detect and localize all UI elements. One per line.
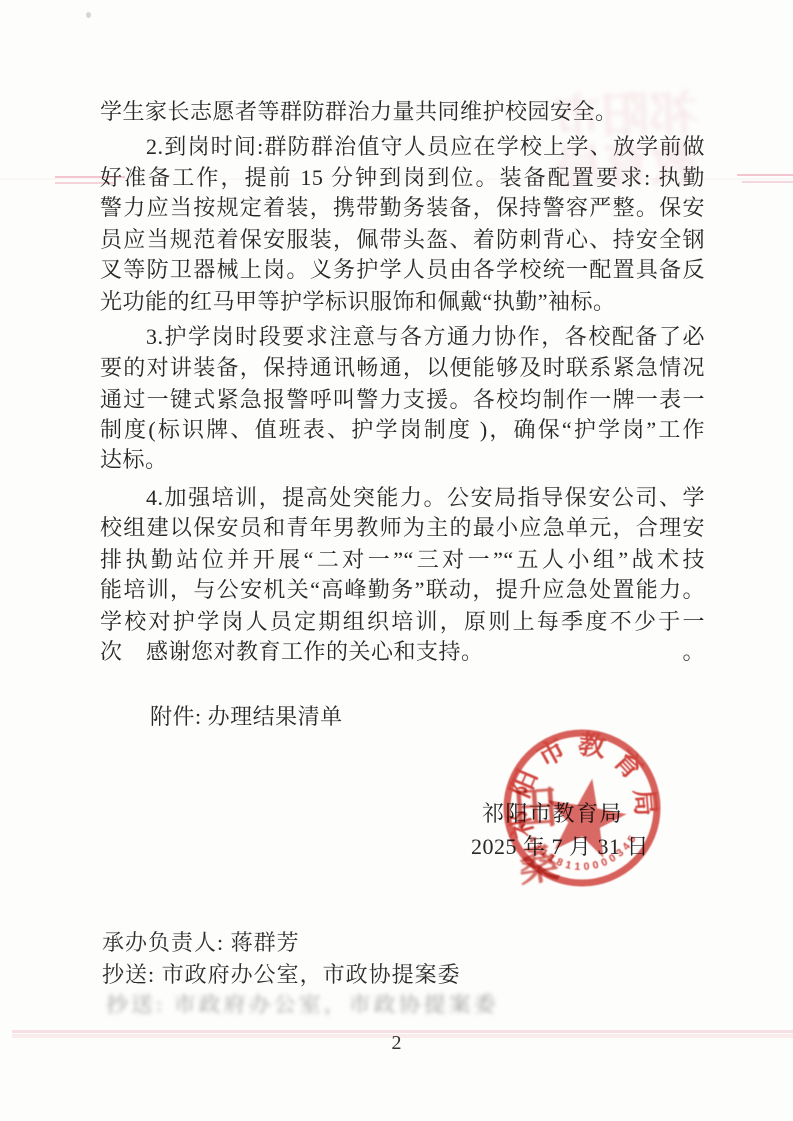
text-line-p3-4: 制度(标识牌、值班表、护学岗制度 )，确保“护学岗”工作 bbox=[100, 415, 705, 445]
text-line-p2-3: 警力应当按规定着装，携带勤务装备，保持警容严整。保安 bbox=[100, 193, 705, 223]
text-line-p2-2: 好准备工作，提前 15 分钟到岗到位。装备配置要求: 执勤 bbox=[100, 163, 705, 193]
text-line-p4-4: 能培训，与公安机关“高峰勤务”联动，提升应急处置能力。 bbox=[100, 575, 705, 605]
seal-ghost-glyph-2: 桑 bbox=[514, 831, 562, 894]
text-line-p2-6: 光功能的红马甲等护学标识服饰和佩戴“执勤”袖标。 bbox=[100, 287, 705, 317]
text-line-p2-1: 2.到岗时间:群防群治值守人员应在学校上学、放学前做 bbox=[100, 132, 705, 162]
text-line-thanks: 感谢您对教育工作的关心和支持。 bbox=[100, 637, 705, 667]
text-line-p2-5: 叉等防卫器械上岗。义务护学人员由各学校统一配置具备反 bbox=[100, 255, 705, 285]
svg-text:5: 5 bbox=[625, 833, 638, 844]
text-line-p3-5: 达标。 bbox=[100, 445, 705, 475]
pink-bleed-line-right bbox=[737, 174, 793, 176]
svg-text:1: 1 bbox=[564, 859, 573, 872]
text-line-p4-1: 4.加强培训，提高处突能力。公安局指导保安公司、学 bbox=[100, 483, 705, 513]
seal-ghost-glyph-1: 田 bbox=[510, 770, 560, 839]
svg-text:0: 0 bbox=[591, 859, 600, 872]
svg-text:市: 市 bbox=[532, 733, 570, 772]
svg-text:局: 局 bbox=[629, 788, 661, 818]
text-line-p4-5: 学校对护学岗人员定期组织培训，原则上每季度不少于一次。 bbox=[100, 607, 705, 637]
text-line-p3-2: 要的对讲装备，保持通讯畅通，以便能够及时联系紧急情况 bbox=[100, 353, 705, 383]
undertaker-line: 承办负责人: 蒋群芳 bbox=[102, 929, 300, 957]
text-line-p3-1: 3.护学岗时段要求注意与各方通力协作，各校配备了必 bbox=[100, 322, 705, 352]
cc-line-ghost: 抄送: 市政府办公室，市政协提案委 bbox=[106, 989, 499, 1018]
text-line-p4-3: 排执勤站位并开展“二对一”“三对一”“五人小组”战术技 bbox=[100, 545, 705, 575]
text-line-p4-2: 校组建以保安员和青年男教师为主的最小应急单元，合理安 bbox=[100, 513, 705, 543]
cc-line: 抄送: 市政府办公室，市政协提案委 bbox=[102, 961, 461, 989]
page-number: 2 bbox=[0, 1032, 793, 1055]
svg-text:1: 1 bbox=[574, 861, 581, 873]
svg-text:0: 0 bbox=[583, 861, 590, 873]
scan-speck bbox=[86, 12, 91, 18]
text-line-p1: 学生家长志愿者等群防群治力量共同维护校园安全。 bbox=[100, 97, 705, 127]
text-line-p3-3: 通过一键式紧急报警呼叫警力支援。各校均制作一牌一表一 bbox=[100, 385, 705, 415]
pink-bleed-line-right2 bbox=[742, 181, 793, 183]
scanned-document-page: 祁阳市教育局 学生家长志愿者等群防群治力量共同维护校园安全。 2.到岗时间:群防… bbox=[0, 0, 793, 1121]
text-line-p2-4: 员应当规范着保安服装，佩带头盔、着防刺背心、持安全钢 bbox=[100, 225, 705, 255]
svg-text:教: 教 bbox=[576, 729, 608, 763]
svg-text:育: 育 bbox=[608, 744, 649, 785]
